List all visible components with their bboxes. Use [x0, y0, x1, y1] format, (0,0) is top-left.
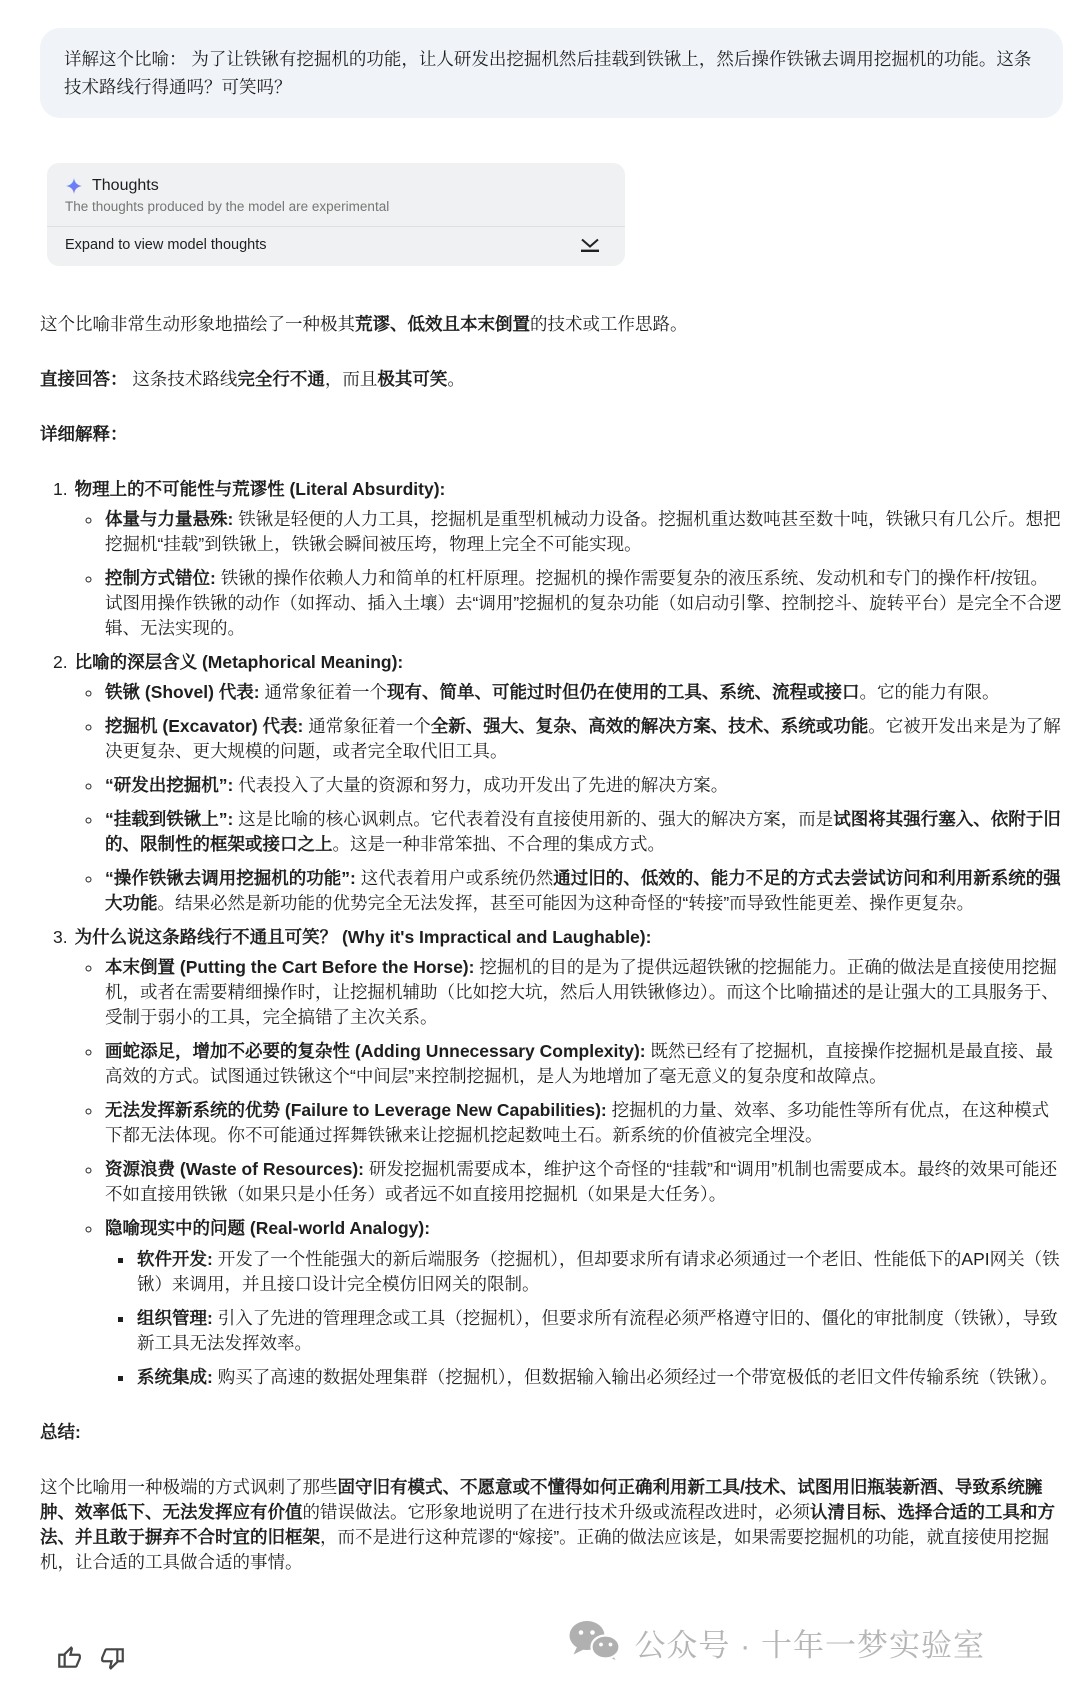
list-item: 画蛇添足，增加不必要的复杂性 (Adding Unnecessary Compl…: [103, 1039, 1063, 1089]
list-item: 挖掘机 (Excavator) 代表: 通常象征着一个全新、强大、复杂、高效的解…: [103, 714, 1063, 764]
list-item: “挂载到铁锹上”: 这是比喻的核心讽刺点。它代表着没有直接使用新的、强大的解决方…: [103, 807, 1063, 857]
response-detail-heading: 详细解释：: [40, 422, 1063, 447]
list-item: 隐喻现实中的问题 (Real-world Analogy):软件开发: 开发了一…: [103, 1216, 1063, 1390]
response-summary: 这个比喻用一种极端的方式讽刺了那些固守旧有模式、不愿意或不懂得如何正确利用新工具…: [40, 1475, 1063, 1575]
section-title: 比喻的深层含义 (Metaphorical Meaning):: [75, 650, 404, 675]
gemini-spark-icon: [65, 177, 83, 195]
expand-thoughts-label: Expand to view model thoughts: [65, 237, 267, 253]
thoughts-title: Thoughts: [92, 177, 159, 195]
sub-list-item: 系统集成: 购买了高速的数据处理集群（挖掘机），但数据输入输出必须经过一个带宽极…: [135, 1365, 1063, 1390]
list-section: 2.比喻的深层含义 (Metaphorical Meaning):铁锹 (Sho…: [40, 650, 1063, 916]
user-message-bubble: 详解这个比喻： 为了让铁锹有挖掘机的功能，让人研发出挖掘机然后挂载到铁锹上，然后…: [40, 28, 1063, 118]
response-direct-answer: 直接回答： 这条技术路线完全行不通，而且极其可笑。: [40, 367, 1063, 392]
thumbs-up-icon: [56, 1645, 82, 1671]
section-number: 1.: [53, 477, 68, 502]
list-item: “研发出挖掘机”: 代表投入了大量的资源和努力，成功开发出了先进的解决方案。: [103, 773, 1063, 798]
list-section: 3.为什么说这条路线行不通且可笑？ (Why it's Impractical …: [40, 925, 1063, 1390]
section-heading: 1.物理上的不可能性与荒谬性 (Literal Absurdity):: [40, 477, 1063, 502]
response-intro: 这个比喻非常生动形象地描绘了一种极其荒谬、低效且本末倒置的技术或工作思路。: [40, 312, 1063, 337]
user-message-text: 详解这个比喻： 为了让铁锹有挖掘机的功能，让人研发出挖掘机然后挂载到铁锹上，然后…: [64, 45, 1039, 101]
section-bullet-list: 体量与力量悬殊: 铁锹是轻便的人力工具，挖掘机是重型机械动力设备。挖掘机重达数吨…: [40, 507, 1063, 641]
section-bullet-list: 铁锹 (Shovel) 代表: 通常象征着一个现有、简单、可能过时但仍在使用的工…: [40, 680, 1063, 916]
section-title: 物理上的不可能性与荒谬性 (Literal Absurdity):: [75, 477, 446, 502]
expand-thoughts-button[interactable]: Expand to view model thoughts: [47, 227, 625, 266]
section-heading: 2.比喻的深层含义 (Metaphorical Meaning):: [40, 650, 1063, 675]
response-actions: [54, 1643, 128, 1673]
section-heading: 3.为什么说这条路线行不通且可笑？ (Why it's Impractical …: [40, 925, 1063, 950]
list-item: 控制方式错位: 铁锹的操作依赖人力和简单的杠杆原理。挖掘机的操作需要复杂的液压系…: [103, 566, 1063, 641]
thoughts-header: Thoughts: [47, 163, 625, 195]
chevron-down-icon: [577, 237, 603, 253]
section-number: 3.: [53, 925, 68, 950]
sub-list-item: 组织管理: 引入了先进的管理理念或工具（挖掘机），但要求所有流程必须严格遵守旧的…: [135, 1306, 1063, 1356]
list-item: 资源浪费 (Waste of Resources): 研发挖掘机需要成本，维护这…: [103, 1157, 1063, 1207]
chat-page: 详解这个比喻： 为了让铁锹有挖掘机的功能，让人研发出挖掘机然后挂载到铁锹上，然后…: [0, 0, 1080, 1691]
list-item: 体量与力量悬殊: 铁锹是轻便的人力工具，挖掘机是重型机械动力设备。挖掘机重达数吨…: [103, 507, 1063, 557]
list-item: 铁锹 (Shovel) 代表: 通常象征着一个现有、简单、可能过时但仍在使用的工…: [103, 680, 1063, 705]
watermark-text: 公众号 · 十年一梦实验室: [634, 1620, 985, 1665]
section-title: 为什么说这条路线行不通且可笑？ (Why it's Impractical an…: [75, 925, 652, 950]
thoughts-panel: Thoughts The thoughts produced by the mo…: [47, 163, 625, 266]
section-number: 2.: [53, 650, 68, 675]
list-section: 1.物理上的不可能性与荒谬性 (Literal Absurdity):体量与力量…: [40, 477, 1063, 641]
thumbs-down-icon: [100, 1645, 126, 1671]
wechat-icon: [567, 1619, 621, 1665]
sub-list-item: 软件开发: 开发了一个性能强大的新后端服务（挖掘机），但却要求所有请求必须通过一…: [135, 1247, 1063, 1297]
thumbs-up-button[interactable]: [54, 1643, 84, 1673]
thumbs-down-button[interactable]: [98, 1643, 128, 1673]
list-item: “操作铁锹去调用挖掘机的功能”: 这代表着用户或系统仍然通过旧的、低效的、能力不…: [103, 866, 1063, 916]
model-response: 这个比喻非常生动形象地描绘了一种极其荒谬、低效且本末倒置的技术或工作思路。直接回…: [40, 312, 1063, 1605]
watermark: 公众号 · 十年一梦实验室: [567, 1619, 985, 1665]
thoughts-subtitle: The thoughts produced by the model are e…: [47, 195, 625, 226]
list-item: 无法发挥新系统的优势 (Failure to Leverage New Capa…: [103, 1098, 1063, 1148]
list-item: 本末倒置 (Putting the Cart Before the Horse)…: [103, 955, 1063, 1030]
response-summary-heading: 总结:: [40, 1420, 1063, 1445]
response-ordered-list: 1.物理上的不可能性与荒谬性 (Literal Absurdity):体量与力量…: [40, 477, 1063, 1390]
section-bullet-list: 本末倒置 (Putting the Cart Before the Horse)…: [40, 955, 1063, 1390]
nested-bullet-list: 软件开发: 开发了一个性能强大的新后端服务（挖掘机），但却要求所有请求必须通过一…: [105, 1247, 1063, 1390]
